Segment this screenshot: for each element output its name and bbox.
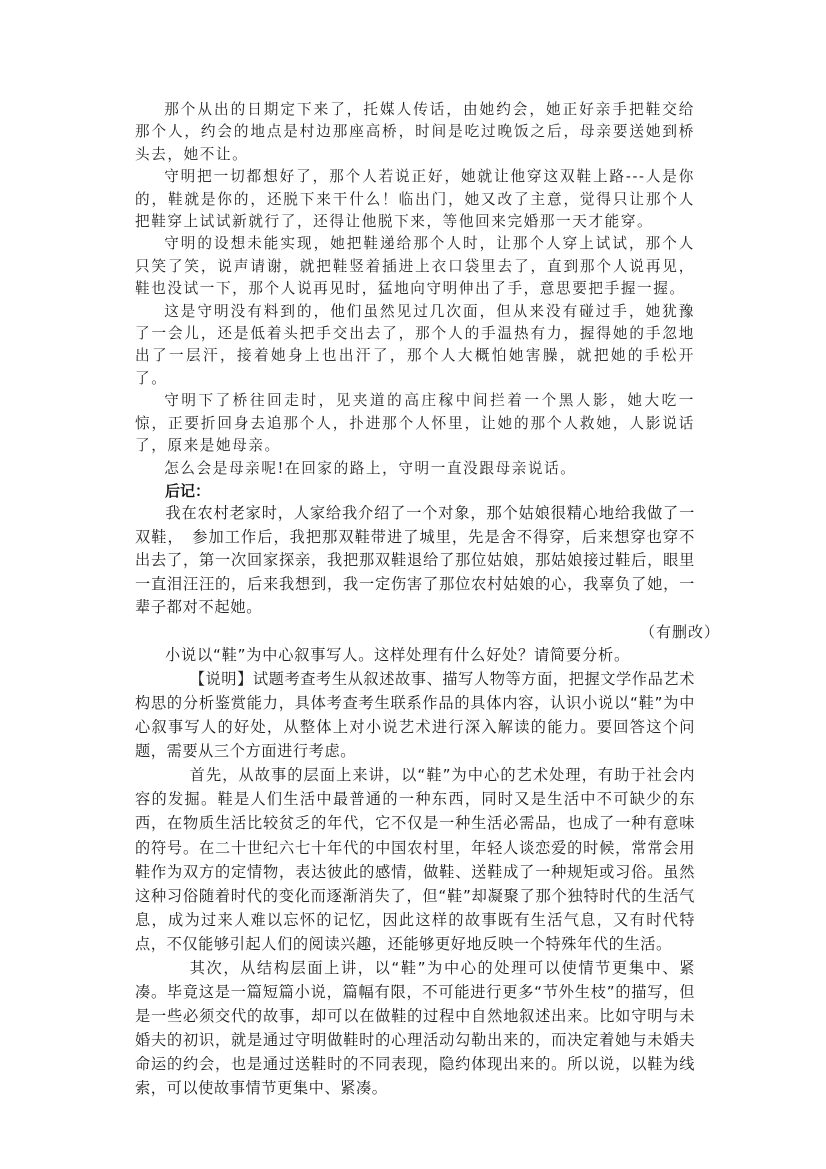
story-paragraph: 守明的设想未能实现，她把鞋递给那个人时，让那个人穿上试试，那个人只笑了笑，说声请…: [135, 233, 695, 300]
document-page: 那个从出的日期定下来了，托媒人传话，由她约会，她正好亲手把鞋交给那个人，约会的地…: [135, 99, 695, 1101]
answer-paragraph: 【说明】试题考查考生从叙述故事、描写人物等方面，把握文学作品艺术构思的分析鉴赏能…: [135, 667, 695, 763]
answer-section: 【说明】试题考查考生从叙述故事、描写人物等方面，把握文学作品艺术构思的分析鉴赏能…: [135, 667, 695, 1101]
story-excerpt: 那个从出的日期定下来了，托媒人传话，由她约会，她正好亲手把鞋交给那个人，约会的地…: [135, 99, 695, 480]
postscript-heading: 后记：: [135, 480, 695, 502]
answer-paragraph: 其次，从结构层面上讲，以“鞋”为中心的处理可以使情节更集中、紧凑。毕竟这是一篇短…: [135, 956, 695, 1101]
answer-paragraph: 首先，从故事的层面上来讲，以“鞋”为中心的艺术处理，有助于社会内容的发掘。鞋是人…: [135, 763, 695, 956]
story-paragraph: 守明下了桥往回走时，见夹道的高庄稼中间拦着一个黑人影，她大吃一惊，正要折回身去追…: [135, 390, 695, 457]
story-paragraph: 这是守明没有料到的，他们虽然见过几次面，但从来没有碰过手，她犹豫了一会儿，还是低…: [135, 301, 695, 391]
postscript-paragraph: 我在农村老家时，人家给我介绍了一个对象，那个姑娘很精心地给我做了一双鞋， 参加工…: [135, 502, 695, 620]
story-paragraph: 守明把一切都想好了，那个人若说正好，她就让他穿这双鞋上路---人是你的，鞋就是你…: [135, 166, 695, 233]
source-note: （有删改）: [135, 620, 720, 644]
postscript-section: 后记： 我在农村老家时，人家给我介绍了一个对象，那个姑娘很精心地给我做了一双鞋，…: [135, 480, 695, 644]
story-paragraph: 怎么会是母亲呢!在回家的路上，守明一直没跟母亲说话。: [135, 458, 695, 480]
story-paragraph: 那个从出的日期定下来了，托媒人传话，由她约会，她正好亲手把鞋交给那个人，约会的地…: [135, 99, 695, 166]
question-text: 小说以“鞋”为中心叙事写人。这样处理有什么好处？请简要分析。: [135, 644, 695, 667]
